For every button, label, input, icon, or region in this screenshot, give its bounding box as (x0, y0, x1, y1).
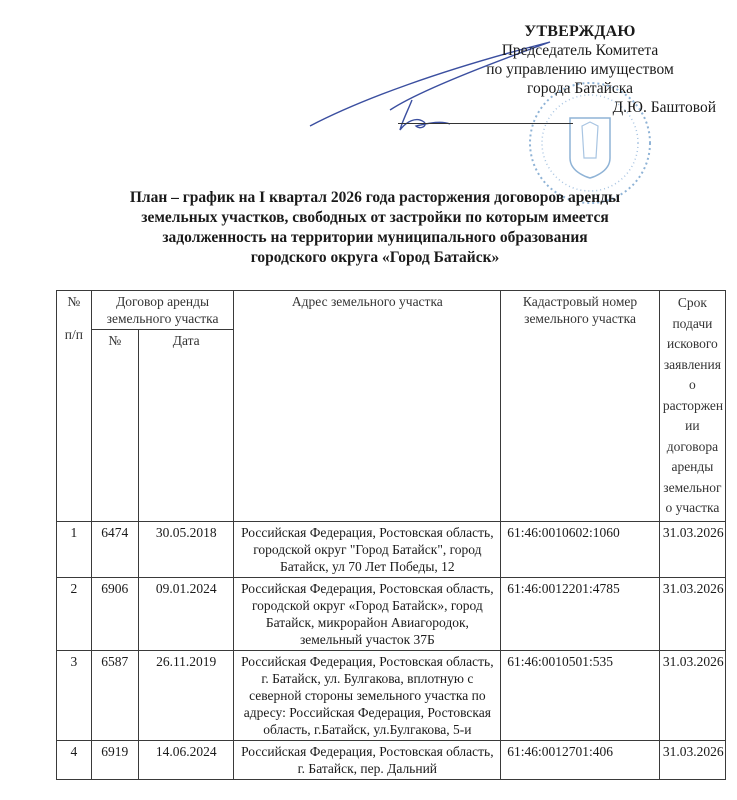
cell-cadastral: 61:46:0010501:535 (501, 650, 660, 740)
cell-n: 1 (57, 521, 92, 577)
cell-date: 09.01.2024 (138, 577, 234, 650)
table-row: 4 6919 14.06.2024 Российская Федерация, … (57, 740, 726, 779)
cell-cadastral: 61:46:0010602:1060 (501, 521, 660, 577)
cell-deadline: 31.03.2026 (659, 740, 725, 779)
cell-n: 2 (57, 577, 92, 650)
cell-n: 4 (57, 740, 92, 779)
header-deadline: Срок подачи искового заявления о расторж… (659, 291, 725, 522)
cell-date: 30.05.2018 (138, 521, 234, 577)
cell-date: 26.11.2019 (138, 650, 234, 740)
cell-contract-no: 6474 (91, 521, 138, 577)
table-row: 3 6587 26.11.2019 Российская Федерация, … (57, 650, 726, 740)
cell-cadastral: 61:46:0012701:406 (501, 740, 660, 779)
header-number: № п/п (57, 291, 92, 522)
cell-deadline: 31.03.2026 (659, 650, 725, 740)
cell-address: Российская Федерация, Ростовская область… (234, 521, 501, 577)
cell-cadastral: 61:46:0012201:4785 (501, 577, 660, 650)
approval-line-3: города Батайска (440, 79, 720, 98)
cell-address: Российская Федерация, Ростовская область… (234, 577, 501, 650)
header-address: Адрес земельного участка (234, 291, 501, 522)
approval-block: УТВЕРЖДАЮ Председатель Комитета по управ… (440, 22, 720, 117)
table-header-row: № п/п Договор аренды земельного участка … (57, 291, 726, 330)
header-contract-group: Договор аренды земельного участка (91, 291, 234, 330)
document-title: План – график на I квартал 2026 года рас… (120, 188, 630, 268)
table-row: 1 6474 30.05.2018 Российская Федерация, … (57, 521, 726, 577)
cell-contract-no: 6906 (91, 577, 138, 650)
table-row: 2 6906 09.01.2024 Российская Федерация, … (57, 577, 726, 650)
cell-deadline: 31.03.2026 (659, 577, 725, 650)
header-number-bottom: п/п (60, 326, 88, 343)
plan-table: № п/п Договор аренды земельного участка … (56, 290, 726, 780)
approval-line-2: по управлению имуществом (440, 60, 720, 79)
cell-contract-no: 6919 (91, 740, 138, 779)
header-number-top: № (60, 293, 88, 310)
header-contract-no: № (91, 330, 138, 522)
title-line-2: земельных участков, свободных от застрой… (120, 208, 630, 228)
cell-deadline: 31.03.2026 (659, 521, 725, 577)
header-contract-date: Дата (138, 330, 234, 522)
signature-line (398, 123, 573, 124)
title-line-1: План – график на I квартал 2026 года рас… (120, 188, 630, 208)
cell-contract-no: 6587 (91, 650, 138, 740)
title-line-4: городского округа «Город Батайск» (120, 248, 630, 268)
approval-signatory: Д.Ю. Баштовой (440, 98, 720, 117)
cell-address: Российская Федерация, Ростовская область… (234, 740, 501, 779)
cell-address: Российская Федерация, Ростовская область… (234, 650, 501, 740)
header-cadastral: Кадастровый номер земельного участка (501, 291, 660, 522)
cell-date: 14.06.2024 (138, 740, 234, 779)
title-line-3: задолженность на территории муниципально… (120, 228, 630, 248)
cell-n: 3 (57, 650, 92, 740)
approval-heading: УТВЕРЖДАЮ (440, 22, 720, 41)
approval-line-1: Председатель Комитета (440, 41, 720, 60)
